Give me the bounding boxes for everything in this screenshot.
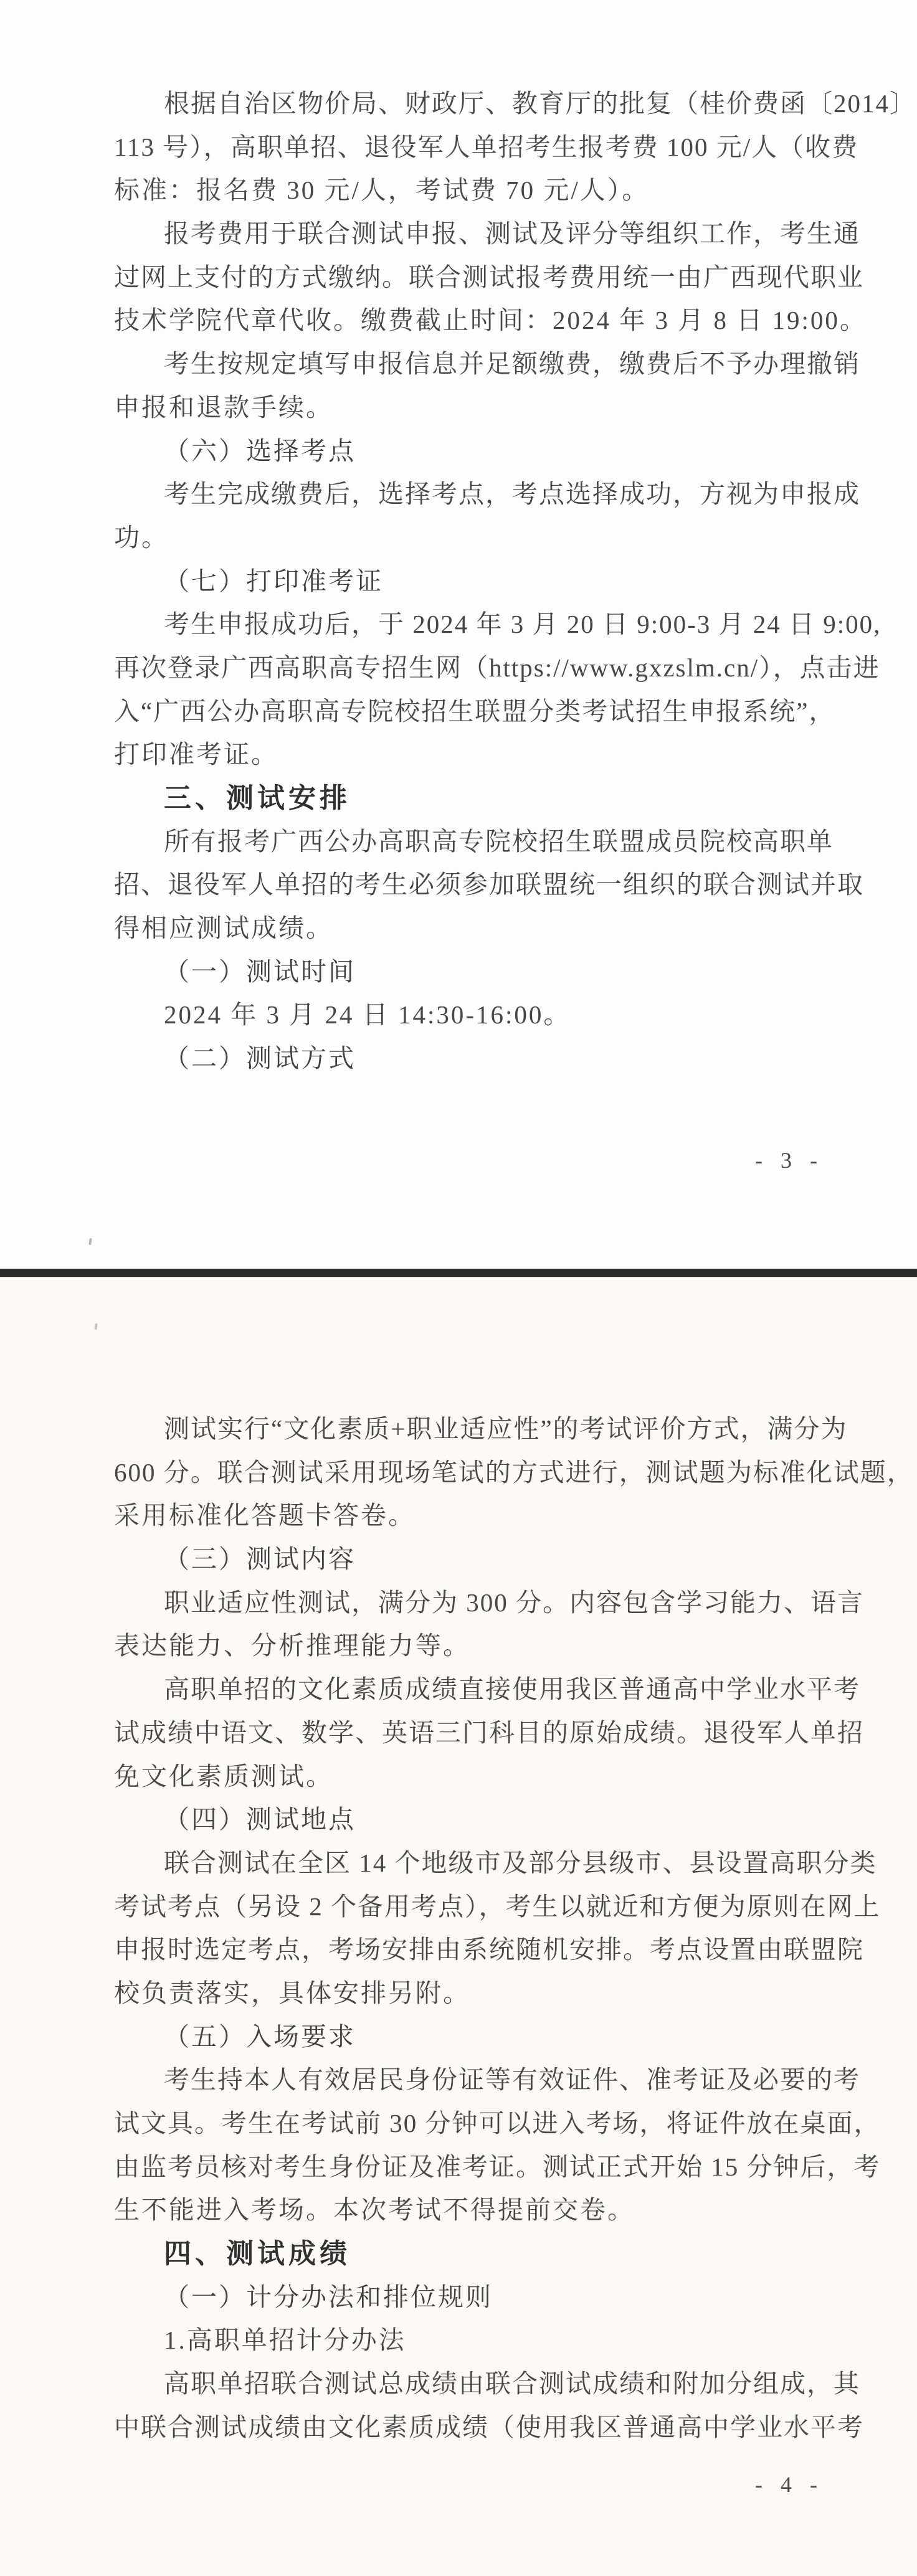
text-line: 得相应测试成绩。 xyxy=(114,907,818,950)
text-line: 打印准考证。 xyxy=(114,733,818,777)
text-line: 再次登录广西高职高专招生网（https://www.gxzslm.cn/），点击… xyxy=(114,646,818,690)
text-line: 免文化素质测试。 xyxy=(114,1755,818,1799)
text-line: 测试实行“文化素质+职业适应性”的考试评价方式，满分为 xyxy=(114,1408,818,1451)
text-line: 高职单招的文化素质成绩直接使用我区普通高中学业水平考 xyxy=(114,1668,818,1712)
text-line: 600 分。联合测试采用现场笔试的方式进行，测试题为标准化试题， xyxy=(114,1451,818,1495)
text-line: 考生持本人有效居民身份证等有效证件、准考证及必要的考 xyxy=(114,2058,818,2102)
document-page-4: 测试实行“文化素质+职业适应性”的考试评价方式，满分为600 分。联合测试采用现… xyxy=(0,1277,917,2576)
sub-heading: （一）测试时间 xyxy=(114,950,818,994)
text-line: 联合测试在全区 14 个地级市及部分县级市、县设置高职分类 xyxy=(114,1842,818,1885)
text-line: 申报和退款手续。 xyxy=(114,386,818,430)
sub-heading: （二）测试方式 xyxy=(114,1037,818,1081)
text-line: 根据自治区物价局、财政厅、教育厅的批复（桂价费函〔2014〕 xyxy=(114,82,818,126)
text-line: 校负责落实，具体安排另附。 xyxy=(114,1972,818,2015)
text-line: 申报时选定考点，考场安排由系统随机安排。考点设置由联盟院 xyxy=(114,1928,818,1972)
page-4-text-block: 测试实行“文化素质+职业适应性”的考试评价方式，满分为600 分。联合测试采用现… xyxy=(114,1277,818,2450)
section-heading: 三、测试安排 xyxy=(114,777,818,820)
text-line: 报考费用于联合测试申报、测试及评分等组织工作，考生通 xyxy=(114,212,818,256)
page-edge-shadow xyxy=(0,1277,917,1279)
text-line: 技术学院代章代收。缴费截止时间：2024 年 3 月 8 日 19:00。 xyxy=(114,299,818,343)
text-line: 考试考点（另设 2 个备用考点），考生以就近和方便为原则在网上 xyxy=(114,1885,818,1929)
sub-heading: （六）选择考点 xyxy=(114,430,818,473)
page-number: - 3 - xyxy=(0,1147,917,1174)
text-line: 由监考员核对考生身份证及准考证。测试正式开始 15 分钟后，考 xyxy=(114,2146,818,2189)
sub-heading: （五）入场要求 xyxy=(114,2015,818,2059)
document-page-3: 根据自治区物价局、财政厅、教育厅的批复（桂价费函〔2014〕113 号），高职单… xyxy=(0,0,917,1269)
sub-heading: （七）打印准考证 xyxy=(114,560,818,604)
text-line: 所有报考广西公办高职高专院校招生联盟成员院校高职单 xyxy=(114,820,818,864)
text-line: 招、退役军人单招的考生必须参加联盟统一组织的联合测试并取 xyxy=(114,863,818,907)
text-line: 采用标准化答题卡答卷。 xyxy=(114,1494,818,1538)
text-line: 标准：报名费 30 元/人，考试费 70 元/人）。 xyxy=(114,169,818,212)
text-line: 生不能进入考场。本次考试不得提前交卷。 xyxy=(114,2189,818,2232)
text-line: 中联合测试成绩由文化素质成绩（使用我区普通高中学业水平考 xyxy=(114,2406,818,2450)
sub-heading: （四）测试地点 xyxy=(114,1798,818,1842)
text-line: 考生申报成功后，于 2024 年 3 月 20 日 9:00-3 月 24 日 … xyxy=(114,603,818,646)
text-line: 试文具。考生在考试前 30 分钟可以进入考场，将证件放在桌面， xyxy=(114,2102,818,2146)
text-line: 高职单招联合测试总成绩由联合测试成绩和附加分组成，其 xyxy=(114,2362,818,2406)
text-line: 功。 xyxy=(114,516,818,560)
text-line: 试成绩中语文、数学、英语三门科目的原始成绩。退役军人单招 xyxy=(114,1712,818,1755)
text-line: 考生完成缴费后，选择考点，考点选择成功，方视为申报成 xyxy=(114,473,818,516)
text-line: 职业适应性测试，满分为 300 分。内容包含学习能力、语言 xyxy=(114,1581,818,1625)
text-line: 考生按规定填写申报信息并足额缴费，缴费后不予办理撤销 xyxy=(114,343,818,386)
section-heading: 四、测试成绩 xyxy=(114,2232,818,2276)
text-line: 表达能力、分析推理能力等。 xyxy=(114,1624,818,1668)
text-line: 1.高职单招计分办法 xyxy=(114,2319,818,2362)
page-3-text-block: 根据自治区物价局、财政厅、教育厅的批复（桂价费函〔2014〕113 号），高职单… xyxy=(114,0,818,1081)
text-line: 113 号），高职单招、退役军人单招考生报考费 100 元/人（收费 xyxy=(114,126,818,169)
text-line: 过网上支付的方式缴纳。联合测试报考费用统一由广西现代职业 xyxy=(114,256,818,300)
scanned-document-viewer: { "document": { "pages": [ { "page_numbe… xyxy=(0,0,917,2576)
sub-heading: （一）计分办法和排位规则 xyxy=(114,2276,818,2319)
sub-heading: （三）测试内容 xyxy=(114,1538,818,1581)
text-line: 2024 年 3 月 24 日 14:30-16:00。 xyxy=(114,993,818,1037)
page-number: - 4 - xyxy=(0,2471,917,2498)
page-separator xyxy=(0,1269,917,1277)
text-line: 入“广西公办高职高专院校招生联盟分类考试招生申报系统”， xyxy=(114,690,818,734)
